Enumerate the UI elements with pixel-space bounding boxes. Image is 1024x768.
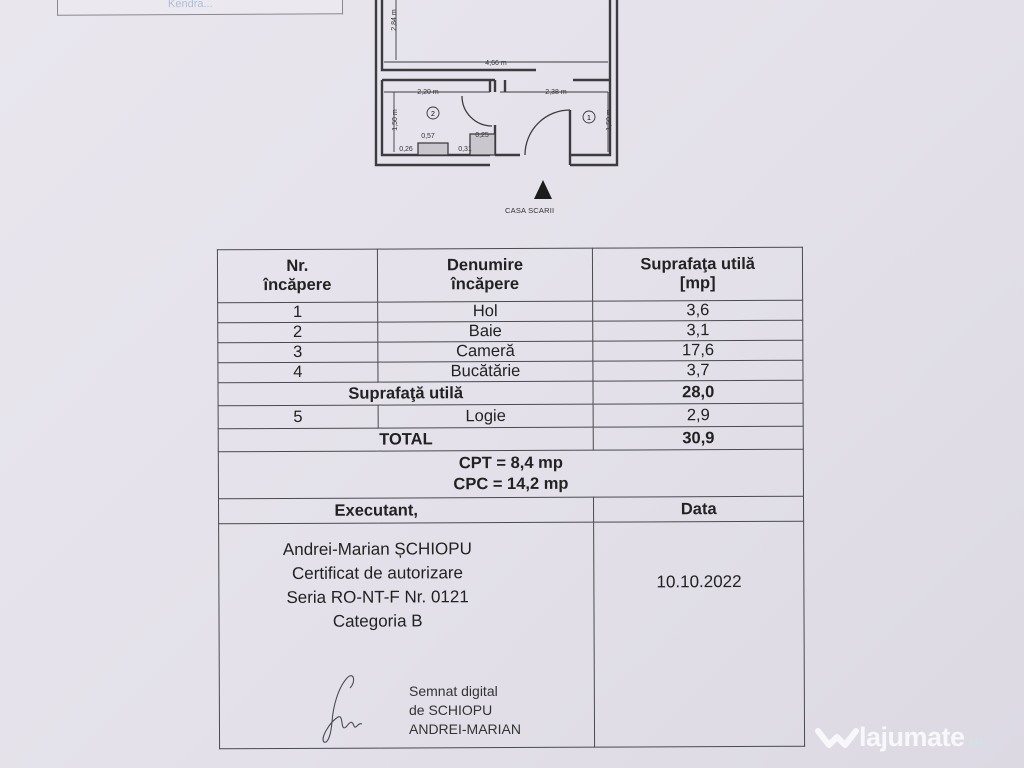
svg-text:0,25: 0,25 [475,132,489,139]
table-header-row: Nr.încăpere Denumireîncăpere Suprafaţa u… [217,247,802,303]
subtotal-row: Suprafaţă utilă28,0 [218,380,803,406]
svg-text:2,84 m: 2,84 m [391,9,398,31]
svg-text:2,38 m: 2,38 m [545,89,567,96]
floor-plan: 2,84 m 4,66 m 2,20 m 2,38 m 1,50 m 1,50 … [370,0,630,220]
document-date: 10.10.2022 [594,521,805,747]
svg-text:0,57: 0,57 [421,133,435,140]
table-row: 1Hol3,6 [218,300,803,323]
svg-text:2: 2 [431,111,435,118]
entrance-arrow-icon [534,180,552,199]
svg-text:1: 1 [587,115,591,122]
svg-text:0,26: 0,26 [399,146,413,153]
watermark-logo: lajumate.ro [815,722,982,753]
table-row: 3Cameră17,6 [218,340,803,363]
handshake-icon [815,723,859,753]
area-table: Nr.încăpere Denumireîncăpere Suprafaţa u… [217,247,805,750]
header-box-text: Kendra... [168,0,213,10]
watermark-tld: .ro [967,734,982,749]
svg-text:4,66 m: 4,66 m [485,60,507,67]
table-row: 5Logie2,9 [218,403,803,429]
signature-icon [318,672,378,747]
table-row: 4Bucătărie3,7 [218,360,803,383]
svg-text:1,50 m: 1,50 m [392,109,399,131]
coefficients-row: CPT = 8,4 mpCPC = 14,2 mp [218,449,803,499]
svg-text:2,20 m: 2,20 m [417,89,439,96]
entrance-label: CASA SCARII [505,206,554,215]
header-box: Kendra... [57,0,343,16]
digital-signature-note: Semnat digital de SCHIOPU ANDREI-MARIAN [409,682,521,739]
total-row: TOTAL30,9 [218,426,803,452]
table-row: 2Baie3,1 [218,320,803,343]
svg-text:0,31: 0,31 [458,146,472,153]
signatory-header-row: Executant,Data [219,496,804,524]
svg-text:1,50 m: 1,50 m [606,109,613,131]
watermark-brand: lajumate [859,722,965,753]
